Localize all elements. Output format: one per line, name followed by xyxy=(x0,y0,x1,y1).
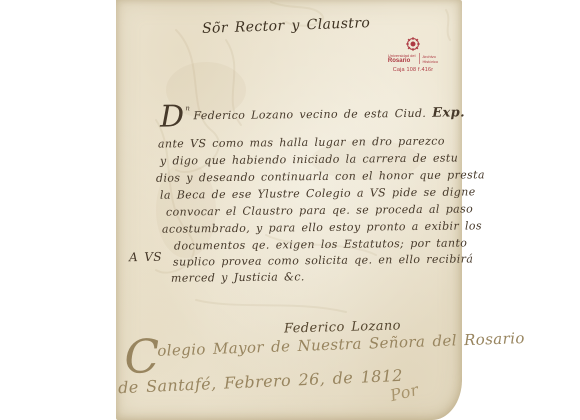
manuscript-opening-line: DnFederico Lozano vecino de esta Ciud. E… xyxy=(160,101,465,123)
stamp-dept-line2: Histórico xyxy=(423,59,439,64)
scan-background: Universidad del Rosario Archivo Históric… xyxy=(0,0,580,420)
manuscript-line: ante VS como mas halla lugar en dro pare… xyxy=(158,134,445,150)
opening-text: Federico Lozano vecino de esta Ciud. xyxy=(193,107,426,122)
manuscript-line: convocar el Claustro para qe. se proceda… xyxy=(166,202,473,218)
rosario-crest-icon xyxy=(405,36,421,52)
stamp-dept-line1: Archivo xyxy=(423,54,439,59)
margin-note: A VS xyxy=(129,250,162,265)
manuscript-line: dios y deseando continuarla con el honor… xyxy=(156,168,485,184)
manuscript-line: suplico provea como solicita qe. en ello… xyxy=(173,252,473,268)
salutation-line: Sõr Rector y Claustro xyxy=(202,15,371,37)
stamp-box-folio-reference: Caja 108 f.416r xyxy=(381,67,445,73)
manuscript-line: acostumbrado, y para ello estoy pronto a… xyxy=(162,219,482,235)
stamp-text-row: Universidad del Rosario Archivo Históric… xyxy=(381,53,445,64)
opening-initial: D xyxy=(160,99,185,134)
document-page: Universidad del Rosario Archivo Históric… xyxy=(116,0,462,420)
opening-flourish: Exp. xyxy=(432,105,465,120)
stamp-university-name: Universidad del Rosario xyxy=(388,53,416,64)
opening-superscript: n xyxy=(185,104,190,112)
manuscript-line: merced y Justicia &c. xyxy=(171,270,305,284)
archive-stamp: Universidad del Rosario Archivo Históric… xyxy=(381,36,445,73)
stamp-divider xyxy=(419,53,420,64)
stamp-org-line2: Rosario xyxy=(388,58,416,64)
manuscript-line: documentos qe. exigen los Estatutos; por… xyxy=(174,236,467,252)
manuscript-line: la Beca de ese Ylustre Colegio a VS pide… xyxy=(160,185,476,201)
stamp-archive-name: Archivo Histórico xyxy=(423,54,439,64)
dateline: de Santafé, Febrero 26, de 1812 xyxy=(118,366,404,397)
manuscript-line: y digo que habiendo iniciado la carrera … xyxy=(160,151,458,167)
